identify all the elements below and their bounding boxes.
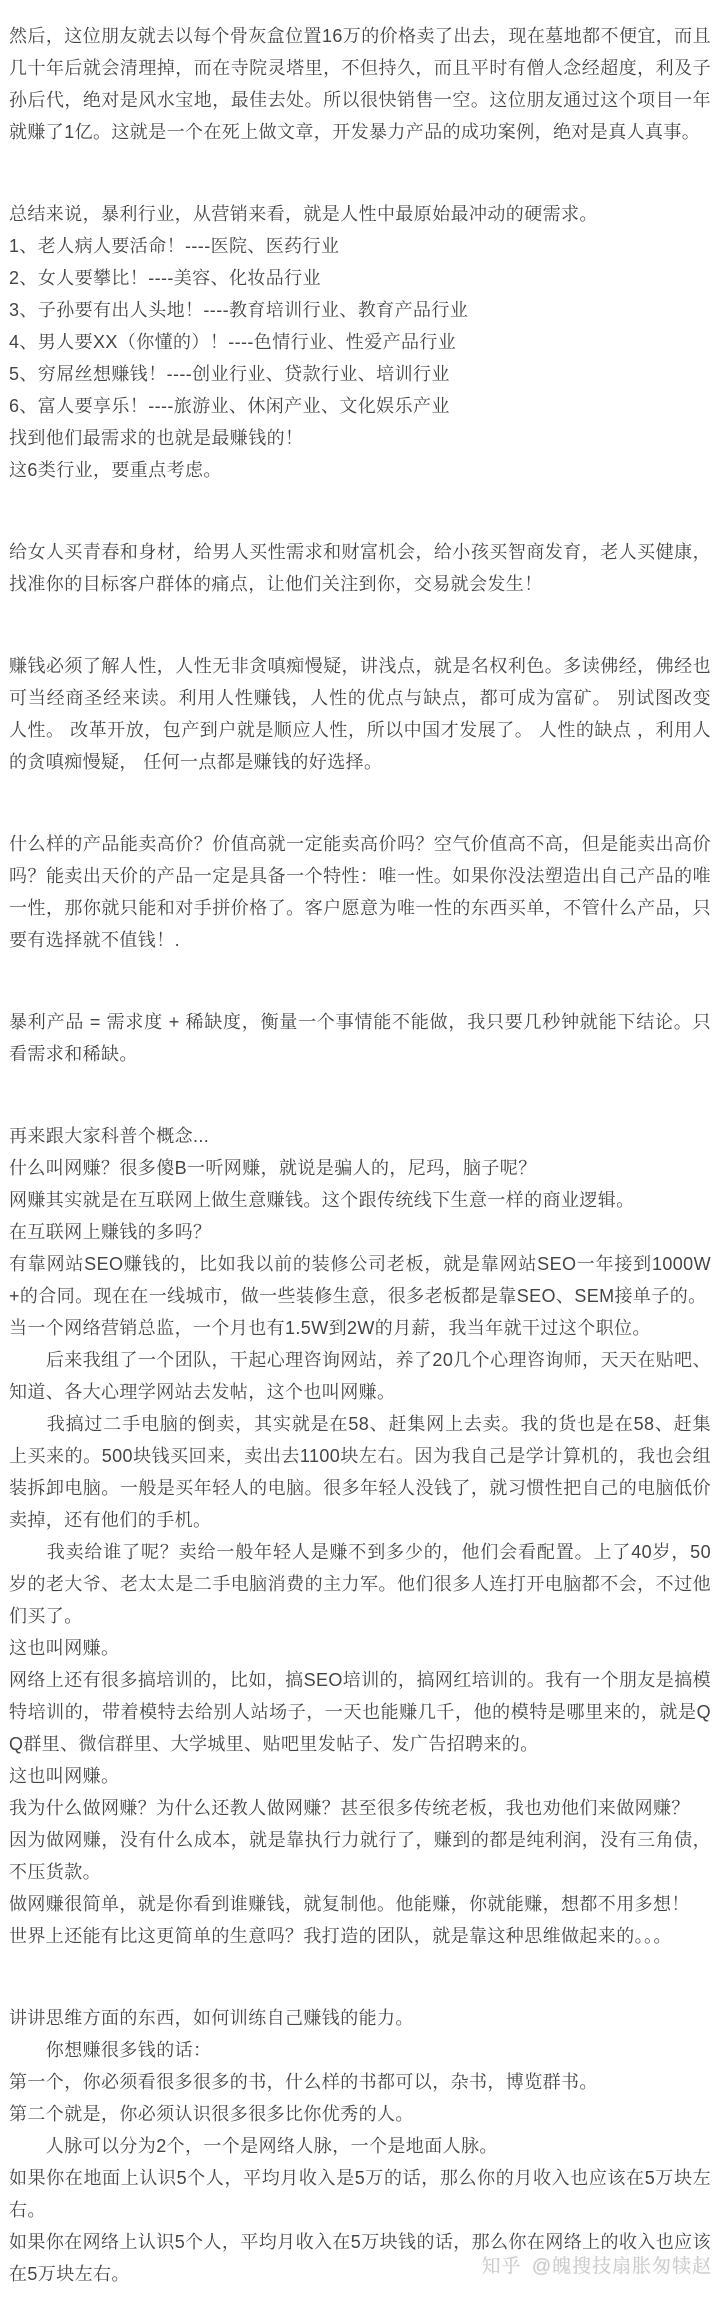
para-marketing-director: 当一个网络营销总监，一个月也有1.5W到2W的月薪，我当年就干过这个职位。 <box>9 1312 711 1344</box>
sec-formula: 暴利产品 = 需求度 + 稀缺度，衡量一个事情能不能做，我只要几秒钟就能下结论。… <box>9 1006 711 1070</box>
para-simplest-business: 世界上还能有比这更简单的生意吗？我打造的团队，就是靠这种思维做起来的。。。 <box>9 1920 711 1952</box>
para-also-wangzhuan-1: 这也叫网赚。 <box>9 1632 711 1664</box>
article-body: 然后，这位朋友就去以每个骨灰盒位置16万的价格卖了出去，现在墓地都不便宜，而且几… <box>0 0 720 2290</box>
watermark-site-label: 知乎 <box>481 2256 521 2277</box>
list-item-6: 6、富人要享乐！----旅游业、休闲产业、文化娱乐产业 <box>9 390 711 422</box>
para-concept-intro: 再来跟大家科普个概念... <box>9 1120 711 1152</box>
para-why-wangzhuan: 我为什么做网赚？为什么还教人做网赚？甚至很多传统老板，我也劝他们来做网赚？ <box>9 1792 711 1824</box>
para-human-nature: 赚钱必须了解人性，人性无非贪嗔痴慢疑，讲浅点，就是名权利色。多读佛经，佛经也可当… <box>9 650 711 778</box>
sec-wangzhuan: 再来跟大家科普个概念...什么叫网赚？很多傻B一听网赚，就说是骗人的，尼玛，脑子… <box>9 1120 711 1952</box>
para-no-cost: 因为做网赚，没有什么成本，就是靠执行力就行了，赚到的都是纯利润，没有三角债，不压… <box>9 1824 711 1888</box>
para-wangzhuan-definition: 网赚其实就是在互联网上做生意赚钱。这个跟传统线下生意一样的商业逻辑。 <box>9 1184 711 1216</box>
list-item-1: 1、老人病人要活命！----医院、医药行业 <box>9 230 711 262</box>
para-secondhand-computers: 我搞过二手电脑的倒卖，其实就是在58、赶集网上去卖。我的货也是在58、赶集上买来… <box>9 1408 711 1536</box>
sec-high-price-products: 什么样的产品能卖高价？价值高就一定能卖高价吗？空气价值高不高，但是能卖出高价吗？… <box>9 828 711 956</box>
article-page: 然后，这位朋友就去以每个骨灰盒位置16万的价格卖了出去，现在墓地都不便宜，而且几… <box>0 0 720 2301</box>
list-item-5: 5、穷屌丝想赚钱！----创业行业、贷款行业、培训行业 <box>9 358 711 390</box>
para-psychology-team: 后来我组了一个团队，干起心理咨询网站，养了20几个心理咨询师，天天在贴吧、知道、… <box>9 1344 711 1408</box>
watermark-handle: @魄搜技扇胀匆犊赵 <box>532 2256 712 2277</box>
para-cemetery-story: 然后，这位朋友就去以每个骨灰盒位置16万的价格卖了出去，现在墓地都不便宜，而且几… <box>9 20 711 148</box>
para-who-buys: 我卖给谁了呢？卖给一般年轻人是赚不到多少的，他们会看配置。上了40岁，50岁的老… <box>9 1536 711 1632</box>
para-summary-intro: 总结来说，暴利行业，从营销来看，就是人性中最原始最冲动的硬需求。 <box>9 198 711 230</box>
para-two-networks: 人脉可以分为2个，一个是网络人脉，一个是地面人脉。 <box>9 2130 711 2162</box>
para-want-money: 你想赚很多钱的话： <box>9 2034 711 2066</box>
para-target-customers: 给女人买青春和身材，给男人买性需求和财富机会，给小孩买智商发育，老人买健康，找准… <box>9 536 711 600</box>
sec-cemetery-story: 然后，这位朋友就去以每个骨灰盒位置16万的价格卖了出去，现在墓地都不便宜，而且几… <box>9 20 711 148</box>
para-question-many: 在互联网上赚钱的多吗？ <box>9 1216 711 1248</box>
sec-profiteering-industries: 总结来说，暴利行业，从营销来看，就是人性中最原始最冲动的硬需求。1、老人病人要活… <box>9 198 711 486</box>
list-item-3: 3、子孙要有出人头地！----教育培训行业、教育产品行业 <box>9 294 711 326</box>
para-mindset-intro: 讲讲思维方面的东西，如何训练自己赚钱的能力。 <box>9 2002 711 2034</box>
para-offline-network: 如果你在地面上认识5个人，平均月收入是5万的话，那么你的月收入也应该在5万块左右… <box>9 2162 711 2226</box>
para-second-know-people: 第二个就是，你必须认识很多很多比你优秀的人。 <box>9 2098 711 2130</box>
para-training-example: 网络上还有很多搞培训的，比如，搞SEO培训的，搞网红培训的。我有一个朋友是搞模特… <box>9 1664 711 1760</box>
para-find-needs: 找到他们最需求的也就是最赚钱的！ <box>9 422 711 454</box>
para-seo-example: 有靠网站SEO赚钱的，比如我以前的装修公司老板，就是靠网站SEO一年接到1000… <box>9 1248 711 1312</box>
para-also-wangzhuan-2: 这也叫网赚。 <box>9 1760 711 1792</box>
para-copy-others: 做网赚很简单，就是你看到谁赚钱，就复制他。他能赚，你就能赚，想都不用多想！ <box>9 1888 711 1920</box>
para-uniqueness: 什么样的产品能卖高价？价值高就一定能卖高价吗？空气价值高不高，但是能卖出高价吗？… <box>9 828 711 956</box>
sec-target-customers: 给女人买青春和身材，给男人买性需求和财富机会，给小孩买智商发育，老人买健康，找准… <box>9 536 711 600</box>
para-what-is-wangzhuan: 什么叫网赚？很多傻B一听网赚，就说是骗人的，尼玛，脑子呢？ <box>9 1152 711 1184</box>
zhihu-watermark: 知乎 @魄搜技扇胀匆犊赵 <box>477 2252 712 2282</box>
sec-human-nature: 赚钱必须了解人性，人性无非贪嗔痴慢疑，讲浅点，就是名权利色。多读佛经，佛经也可当… <box>9 650 711 778</box>
list-item-2: 2、女人要攀比！----美容、化妆品行业 <box>9 262 711 294</box>
para-formula: 暴利产品 = 需求度 + 稀缺度，衡量一个事情能不能做，我只要几秒钟就能下结论。… <box>9 1006 711 1070</box>
para-six-industries: 这6类行业，要重点考虑。 <box>9 454 711 486</box>
list-item-4: 4、男人要XX（你懂的）！----色情行业、性爱产品行业 <box>9 326 711 358</box>
para-first-read-books: 第一个，你必须看很多很多的书，什么样的书都可以，杂书，博览群书。 <box>9 2066 711 2098</box>
sec-mindset: 讲讲思维方面的东西，如何训练自己赚钱的能力。 你想赚很多钱的话：第一个，你必须看… <box>9 2002 711 2290</box>
